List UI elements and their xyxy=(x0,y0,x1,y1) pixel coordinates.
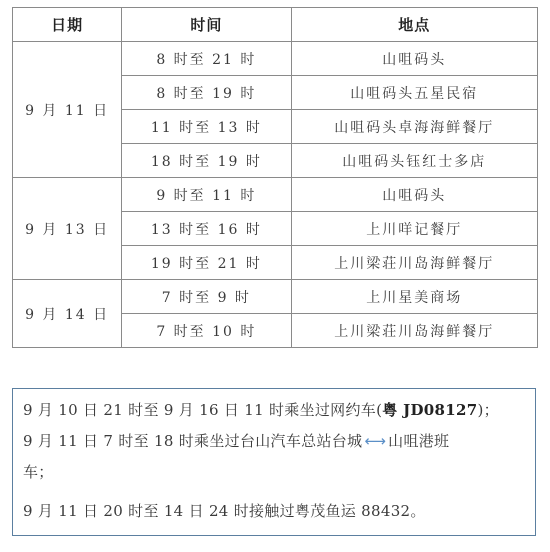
table-row: 9 月 13 日 9 时至 11 时 山咀码头 xyxy=(13,178,538,212)
place-cell: 上川梁荘川岛海鲜餐厅 xyxy=(291,246,537,280)
header-time: 时间 xyxy=(122,8,291,42)
place-cell: 山咀码头钰红士多店 xyxy=(291,144,537,178)
place-cell: 上川梁荘川岛海鲜餐厅 xyxy=(291,314,537,348)
time-cell: 8 时至 21 时 xyxy=(122,42,291,76)
date-cell: 9 月 14 日 xyxy=(13,280,122,348)
table-row: 9 月 14 日 7 时至 9 时 上川星美商场 xyxy=(13,280,538,314)
header-date: 日期 xyxy=(13,8,122,42)
table-header-row: 日期 时间 地点 xyxy=(13,8,538,42)
header-place: 地点 xyxy=(291,8,537,42)
place-cell: 山咀码头 xyxy=(291,42,537,76)
time-cell: 7 时至 10 时 xyxy=(122,314,291,348)
time-cell: 8 时至 19 时 xyxy=(122,76,291,110)
exposure-table: 日期 时间 地点 9 月 11 日 8 时至 21 时 山咀码头 8 时至 19… xyxy=(12,7,538,348)
place-cell: 上川星美商场 xyxy=(291,280,537,314)
time-cell: 9 时至 11 时 xyxy=(122,178,291,212)
double-arrow-icon: ⟷ xyxy=(364,432,386,450)
notice-line-ride-hailing: 9 月 10 日 21 时至 9 月 16 日 11 时乘坐过网约车(粤 JD0… xyxy=(23,395,535,426)
place-cell: 山咀码头 xyxy=(291,178,537,212)
notice-line-fishing-boat: 9 月 11 日 20 时至 14 日 24 时接触过粤茂鱼运 88432。 xyxy=(23,496,535,527)
table-row: 9 月 11 日 8 时至 21 时 山咀码头 xyxy=(13,42,538,76)
place-cell: 上川咩记餐厅 xyxy=(291,212,537,246)
notice-box: 9 月 10 日 21 时至 9 月 16 日 11 时乘坐过网约车(粤 JD0… xyxy=(12,388,536,536)
notice-line-bus: 9 月 11 日 7 时至 18 时乘坐过台山汽车总站台城⟷山咀港班 xyxy=(23,426,535,457)
license-plate: 粤 JD08127 xyxy=(382,401,477,419)
place-cell: 山咀码头卓海海鲜餐厅 xyxy=(291,110,537,144)
time-cell: 18 时至 19 时 xyxy=(122,144,291,178)
place-cell: 山咀码头五星民宿 xyxy=(291,76,537,110)
time-cell: 11 时至 13 时 xyxy=(122,110,291,144)
time-cell: 7 时至 9 时 xyxy=(122,280,291,314)
time-cell: 13 时至 16 时 xyxy=(122,212,291,246)
notice-line-bus-continued: 车； xyxy=(23,457,535,488)
date-cell: 9 月 13 日 xyxy=(13,178,122,280)
time-cell: 19 时至 21 时 xyxy=(122,246,291,280)
date-cell: 9 月 11 日 xyxy=(13,42,122,178)
